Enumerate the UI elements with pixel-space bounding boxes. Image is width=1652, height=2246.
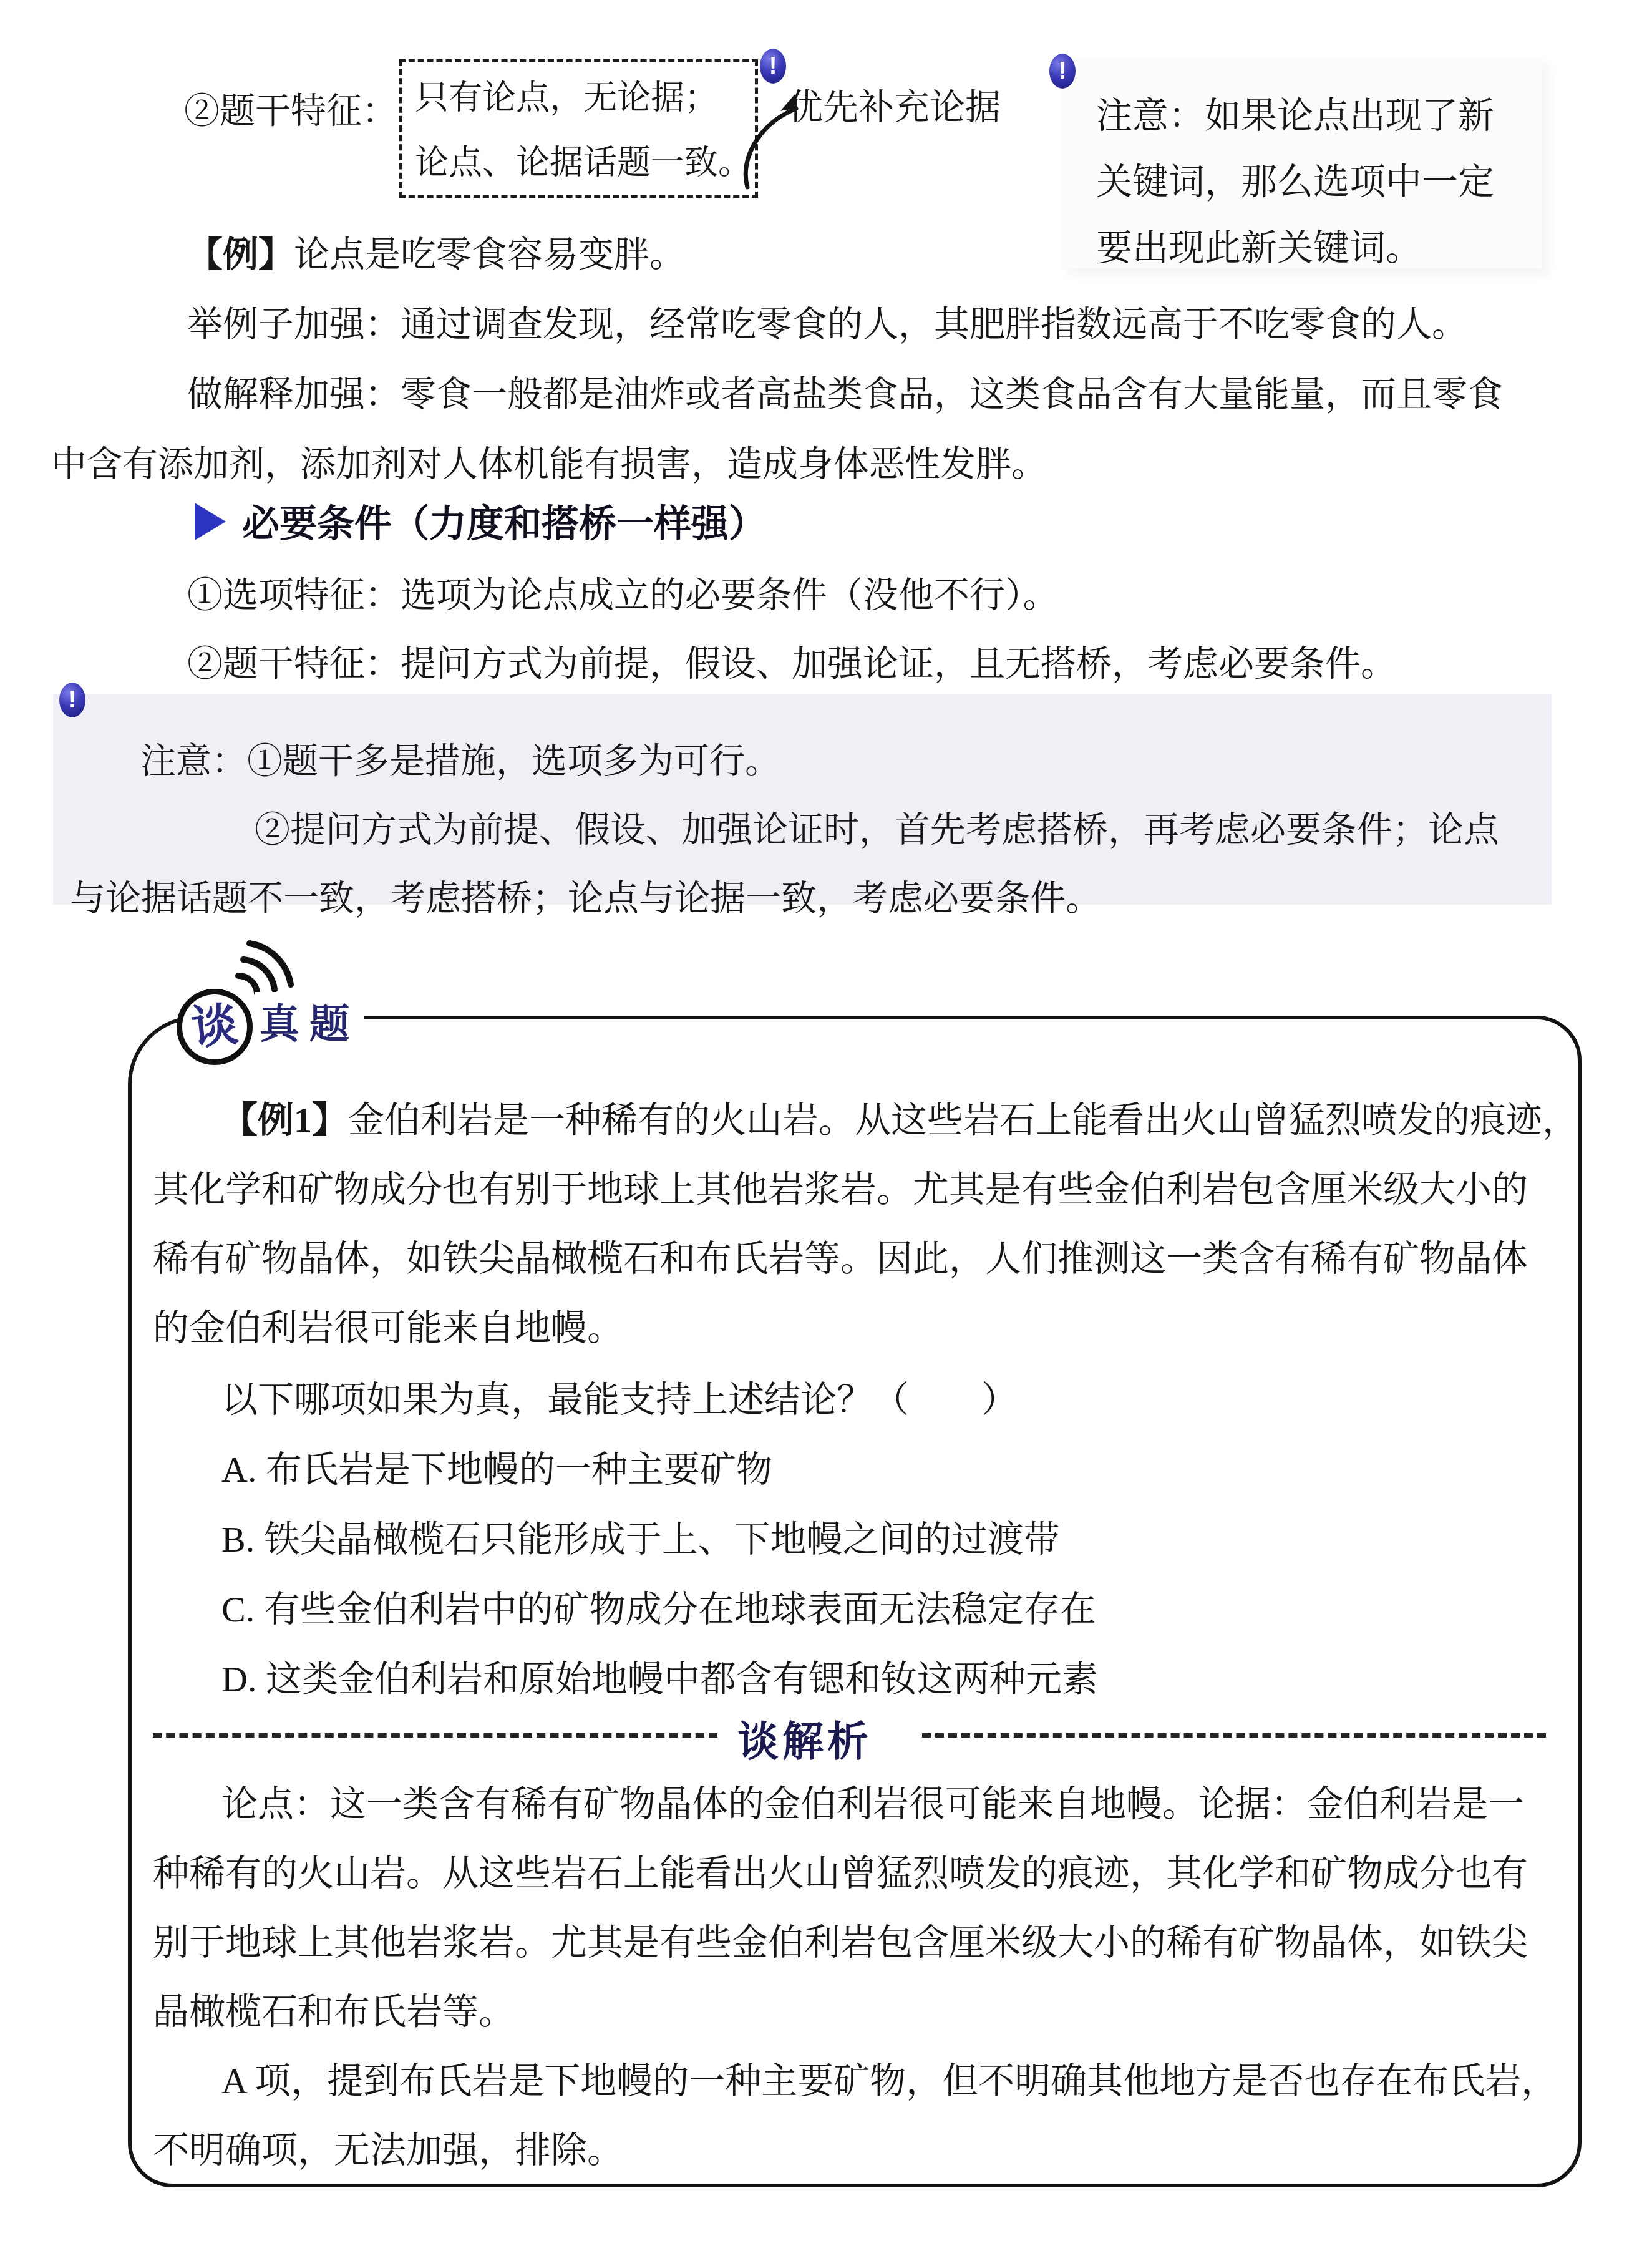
- triangle-bullet-icon: [195, 503, 226, 540]
- divider-dash-right: [922, 1733, 1546, 1738]
- necessary-condition-heading: 必要条件（力度和搭桥一样强）: [195, 494, 766, 548]
- example-line: 【例】论点是吃零食容易变胖。: [187, 226, 685, 277]
- talk-badge-character: 谈: [189, 1001, 240, 1052]
- notice-box: 注意：①题干多是措施，选项多为可行。 ②提问方式为前提、假设、加强论证时，首先考…: [53, 694, 1552, 905]
- divider-dash-left: [153, 1733, 717, 1738]
- alert-icon: !: [1049, 54, 1076, 89]
- stem-feature-label: ②题干特征：: [184, 82, 397, 134]
- question-prompt: 以下哪项如果为真，最能支持上述结论？（ ）: [221, 1370, 1018, 1422]
- notice-line: 与论据话题不一致，考虑搭桥；论点与论据一致，考虑必要条件。: [70, 870, 1101, 921]
- curved-arrow-icon: [729, 92, 835, 198]
- example-text: 论点是吃零食容易变胖。: [294, 235, 685, 275]
- analysis-line: A 项，提到布氏岩是下地幔的一种主要矿物，但不明确其他地方是否也存在布氏岩，: [221, 2051, 1557, 2104]
- notice-line: 注意：①题干多是措施，选项多为可行。: [140, 732, 780, 784]
- analysis-line: 种稀有的火山岩。从这些岩石上能看出火山曾猛烈喷发的痕迹，其化学和矿物成分也有: [153, 1844, 1528, 1896]
- option-b: B. 铁尖晶橄榄石只能形成于上、下地幔之间的过渡带: [221, 1510, 1060, 1562]
- option-c: C. 有些金伯利岩中的矿物成分在地球表面无法稳定存在: [221, 1580, 1096, 1632]
- strengthen-by-explain-line1: 做解释加强：零食一般都是油炸或者高盐类食品，这类食品含有大量能量，而且零食: [187, 366, 1503, 417]
- necessary-heading-text: 必要条件（力度和搭桥一样强）: [242, 503, 766, 545]
- analysis-line: 别于地球上其他岩浆岩。尤其是有些金伯利岩包含厘米级大小的稀有矿物晶体，如铁尖: [153, 1913, 1528, 1965]
- side-note-card: 注意：如果论点出现了新 关键词，那么选项中一定 要出现此新关键词。: [1062, 57, 1542, 268]
- analysis-line: 不明确项，无法加强，排除。: [153, 2121, 623, 2173]
- analysis-line: 晶橄榄石和布氏岩等。: [153, 1982, 515, 2035]
- alert-icon: !: [59, 683, 85, 717]
- side-note-line: 注意：如果论点出现了新: [1096, 86, 1494, 139]
- alert-icon: !: [760, 49, 786, 84]
- side-note-line: 关键词，那么选项中一定: [1096, 152, 1494, 205]
- question-stem-line: 其化学和矿物成分也有别于地球上其他岩浆岩。尤其是有些金伯利岩包含厘米级大小的: [153, 1160, 1528, 1212]
- stem-feature-line: ②题干特征：提问方式为前提，假设、加强论证，且无搭桥，考虑必要条件。: [187, 635, 1396, 686]
- analysis-divider-label: 谈解析: [737, 1708, 872, 1767]
- notice-line: ②提问方式为前提、假设、加强论证时，首先考虑搭桥，再考虑必要条件；论点: [255, 801, 1499, 852]
- example1-bracket-label: 【例1】: [221, 1100, 348, 1140]
- talk-badge-circle: 谈: [177, 989, 253, 1065]
- real-exam-badge-label: 真题: [255, 992, 364, 1049]
- scanned-textbook-page: ②题干特征： 只有论点，无论据； 论点、论据话题一致。 ! 优先补充论据 注意：…: [0, 0, 1652, 2246]
- question-stem-text: 金伯利岩是一种稀有的火山岩。从这些岩石上能看出火山曾猛烈喷发的痕迹，: [348, 1100, 1578, 1140]
- question-stem-line: 稀有矿物晶体，如铁尖晶橄榄石和布氏岩等。因此，人们推测这一类含有稀有矿物晶体: [153, 1229, 1528, 1281]
- key-point-dashed-box: 只有论点，无论据； 论点、论据话题一致。: [399, 59, 758, 198]
- question-stem-line: 【例1】金伯利岩是一种稀有的火山岩。从这些岩石上能看出火山曾猛烈喷发的痕迹，: [221, 1091, 1578, 1143]
- strengthen-by-explain-line2: 中含有添加剂，添加剂对人体机能有损害，造成身体恶性发胖。: [51, 435, 1047, 487]
- strengthen-by-example-line: 举例子加强：通过调查发现，经常吃零食的人，其肥胖指数远高于不吃零食的人。: [187, 296, 1467, 347]
- side-note-line: 要出现此新关键词。: [1096, 218, 1422, 271]
- dashed-box-line1: 只有论点，无论据；: [415, 71, 718, 119]
- dashed-box-line2: 论点、论据话题一致。: [415, 136, 752, 184]
- option-feature-line: ①选项特征：选项为论点成立的必要条件（没他不行）。: [187, 566, 1059, 618]
- option-d: D. 这类金伯利岩和原始地幔中都含有锶和钕这两种元素: [221, 1650, 1098, 1702]
- question-stem-line: 的金伯利岩很可能来自地幔。: [153, 1298, 623, 1351]
- option-a: A. 布氏岩是下地幔的一种主要矿物: [221, 1440, 772, 1492]
- example-bracket-label: 【例】: [187, 235, 294, 275]
- analysis-line: 论点：这一类含有稀有矿物晶体的金伯利岩很可能来自地幔。论据：金伯利岩是一: [221, 1774, 1524, 1827]
